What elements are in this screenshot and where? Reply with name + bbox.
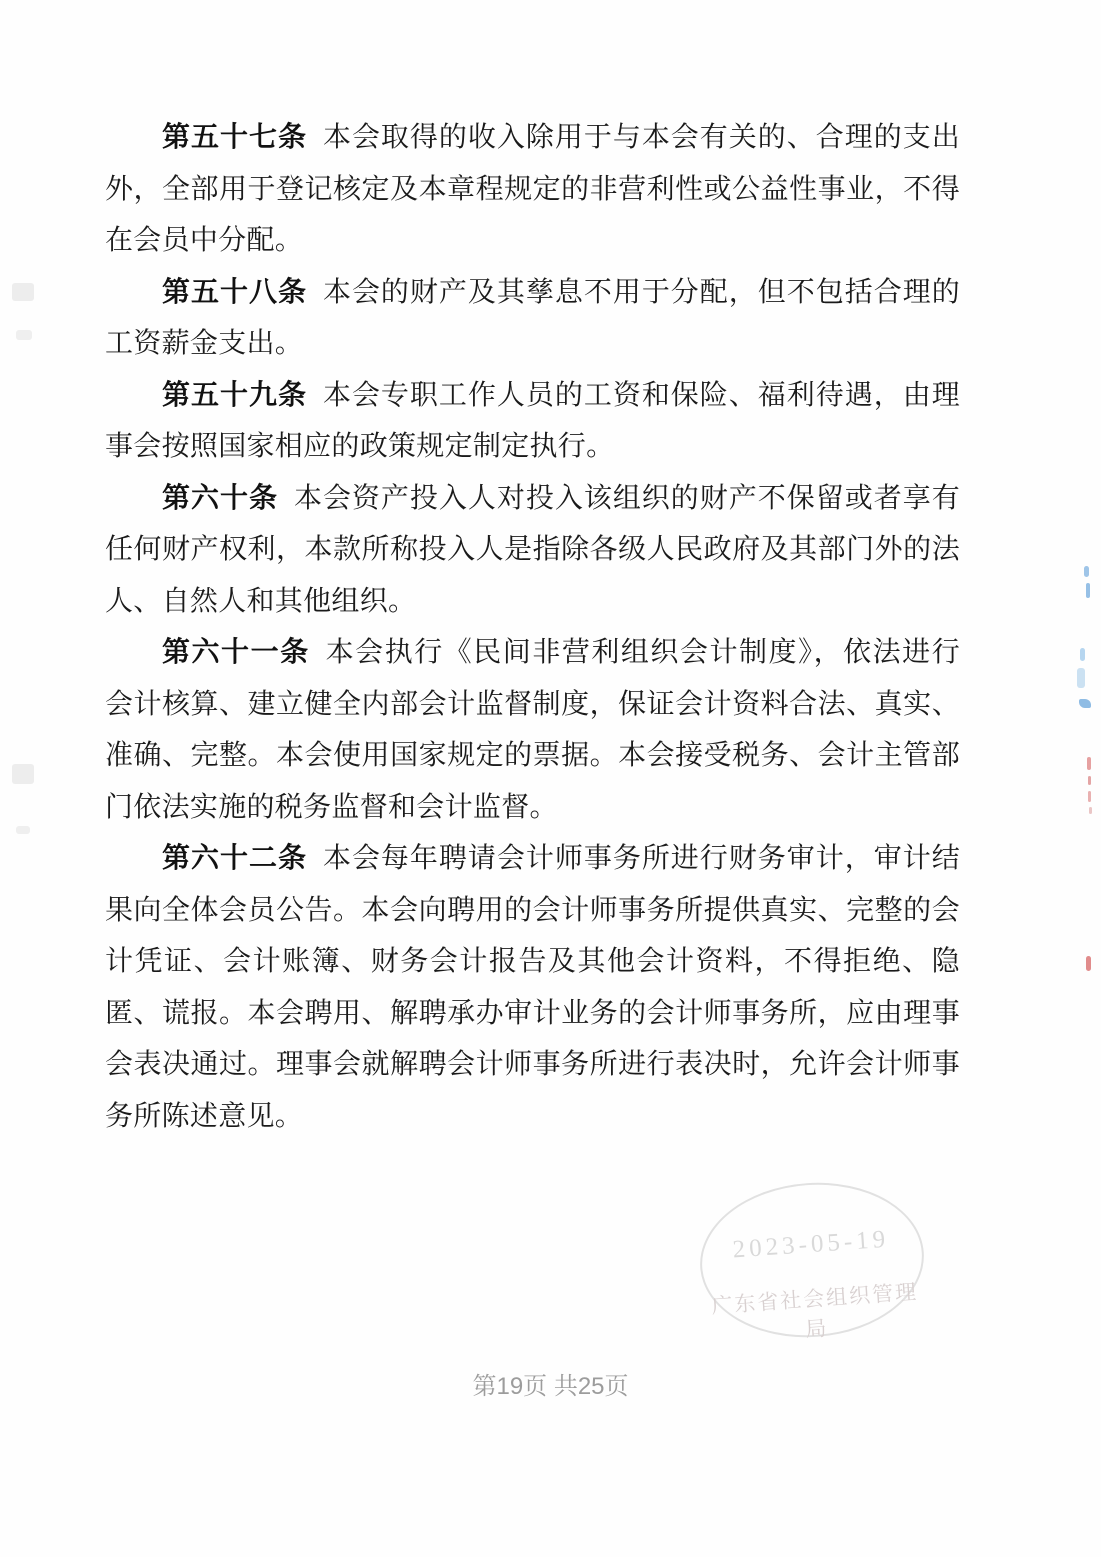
scan-artifact [1084,566,1089,577]
scan-artifact [1077,668,1085,688]
stamp-date: 2023-05-19 [700,1223,921,1266]
article-line: 在会员中分配。 [105,215,960,267]
article-number: 第五十九条 [162,380,307,411]
document-page: 第五十七条本会取得的收入除用于与本会有关的、合理的支出 外，全部用于登记核定及本… [0,0,1101,1557]
scan-artifact [12,283,34,301]
article-line: 第五十八条本会的财产及其孳息不用于分配，但不包括合理的 [105,267,960,319]
article-line: 匿、谎报。本会聘用、解聘承办审计业务的会计师事务所，应由理事 [105,988,960,1040]
scan-artifact [1086,956,1091,971]
article-line: 务所陈述意见。 [105,1091,960,1143]
article-text: 本会执行《民间非营利组织会计制度》，依法进行 [326,637,960,668]
page-number: 第19页 共25页 [0,1366,1101,1401]
approval-stamp: 2023-05-19 广东省社会组织管理局 [695,1175,929,1344]
scan-artifact [1089,807,1092,814]
scan-artifact [16,330,32,340]
scan-artifact [1079,699,1091,708]
article-58: 第五十八条本会的财产及其孳息不用于分配，但不包括合理的 工资薪金支出。 [105,267,960,370]
article-line: 工资薪金支出。 [105,318,960,370]
article-line: 人、自然人和其他组织。 [105,576,960,628]
article-59: 第五十九条本会专职工作人员的工资和保险、福利待遇，由理 事会按照国家相应的政策规… [105,370,960,473]
article-line: 外，全部用于登记核定及本章程规定的非营利性或公益性事业，不得 [105,164,960,216]
scan-artifact [1088,791,1091,802]
document-text: 第五十七条本会取得的收入除用于与本会有关的、合理的支出 外，全部用于登记核定及本… [105,112,960,1142]
article-line: 第六十二条本会每年聘请会计师事务所进行财务审计，审计结 [105,833,960,885]
article-line: 会表决通过。理事会就解聘会计师事务所进行表决时，允许会计师事 [105,1039,960,1091]
article-line: 门依法实施的税务监督和会计监督。 [105,782,960,834]
article-number: 第六十二条 [162,843,307,874]
article-57: 第五十七条本会取得的收入除用于与本会有关的、合理的支出 外，全部用于登记核定及本… [105,112,960,267]
article-number: 第五十八条 [162,277,307,308]
article-62: 第六十二条本会每年聘请会计师事务所进行财务审计，审计结 果向全体会员公告。本会向… [105,833,960,1142]
article-line: 果向全体会员公告。本会向聘用的会计师事务所提供真实、完整的会 [105,885,960,937]
article-61: 第六十一条本会执行《民间非营利组织会计制度》，依法进行 会计核算、建立健全内部会… [105,627,960,833]
scan-artifact [16,826,30,834]
scan-artifact [1080,648,1085,661]
article-line: 第六十条本会资产投入人对投入该组织的财产不保留或者享有 [105,473,960,525]
article-text: 本会的财产及其孳息不用于分配，但不包括合理的 [323,277,960,308]
scan-artifact [1087,757,1091,770]
stamp-org-name: 广东省社会组织管理局 [704,1275,928,1350]
article-line: 会计核算、建立健全内部会计监督制度，保证会计资料合法、真实、 [105,679,960,731]
article-number: 第六十一条 [162,637,310,668]
scan-artifact [1086,583,1090,598]
scan-artifact [12,764,34,784]
article-text: 本会资产投入人对投入该组织的财产不保留或者享有 [294,483,960,514]
article-line: 事会按照国家相应的政策规定制定执行。 [105,421,960,473]
article-line: 第六十一条本会执行《民间非营利组织会计制度》，依法进行 [105,627,960,679]
article-text: 本会每年聘请会计师事务所进行财务审计，审计结 [323,843,960,874]
article-60: 第六十条本会资产投入人对投入该组织的财产不保留或者享有 任何财产权利，本款所称投… [105,473,960,628]
article-line: 任何财产权利，本款所称投入人是指除各级人民政府及其部门外的法 [105,524,960,576]
article-line: 准确、完整。本会使用国家规定的票据。本会接受税务、会计主管部 [105,730,960,782]
article-line: 计凭证、会计账簿、财务会计报告及其他会计资料，不得拒绝、隐 [105,936,960,988]
article-text: 本会取得的收入除用于与本会有关的、合理的支出 [323,122,960,153]
article-line: 第五十七条本会取得的收入除用于与本会有关的、合理的支出 [105,112,960,164]
article-line: 第五十九条本会专职工作人员的工资和保险、福利待遇，由理 [105,370,960,422]
article-text: 本会专职工作人员的工资和保险、福利待遇，由理 [323,380,960,411]
article-number: 第六十条 [162,483,278,514]
scan-artifact [1088,776,1091,785]
article-number: 第五十七条 [162,122,307,153]
